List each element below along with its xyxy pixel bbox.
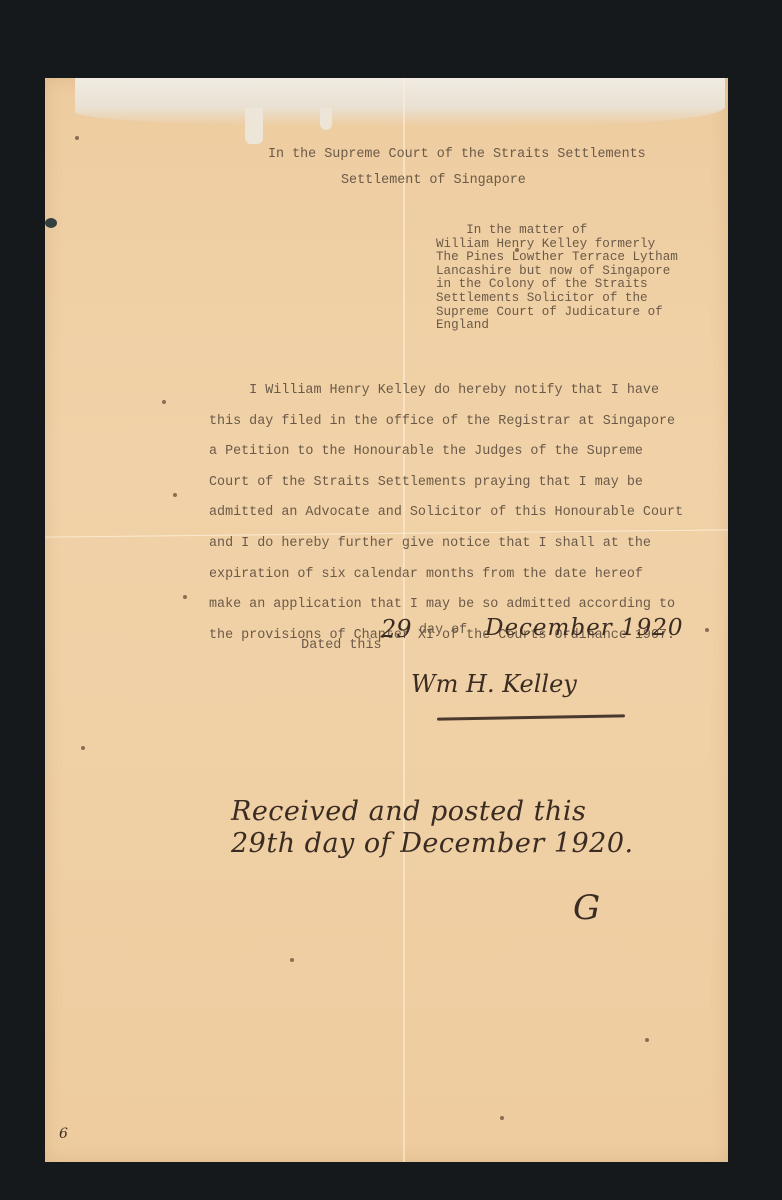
foxing-spot (645, 1038, 649, 1042)
dated-day: 29 (381, 615, 412, 643)
signature: Wm H. Kelley (411, 670, 577, 698)
matter-line: in the Colony of the Straits (436, 278, 678, 292)
settlement-heading: Settlement of Singapore (341, 173, 526, 188)
matter-line: England (436, 319, 678, 333)
document-page: In the Supreme Court of the Straits Sett… (45, 78, 728, 1162)
endorsement-line-1: Received and posted this (231, 796, 586, 827)
notice-body: I William Henry Kelley do hereby notify … (209, 376, 683, 651)
foxing-spot (515, 248, 519, 252)
endorsement-line-2: 29th day of December 1920. (231, 828, 634, 859)
dated-line: Dated this (269, 623, 382, 668)
matter-block: In the matter ofWilliam Henry Kelley for… (436, 224, 678, 333)
matter-line: Lancashire but now of Singapore (436, 265, 678, 279)
body-line: expiration of six calendar months from t… (209, 560, 683, 591)
body-line: this day filed in the office of the Regi… (209, 407, 683, 438)
initials-mark: G (573, 888, 600, 928)
foxing-spot (183, 595, 187, 599)
body-line: Court of the Straits Settlements praying… (209, 468, 683, 499)
pin-icon (45, 218, 57, 228)
body-line: and I do hereby further give notice that… (209, 529, 683, 560)
foxing-spot (81, 746, 85, 750)
matter-line: Settlements Solicitor of the (436, 292, 678, 306)
foxing-spot (290, 958, 294, 962)
water-stain (75, 78, 725, 126)
matter-line: The Pines Lowther Terrace Lytham (436, 251, 678, 265)
matter-line: In the matter of (436, 224, 678, 238)
foxing-spot (173, 493, 177, 497)
dated-middle: day of (419, 623, 467, 638)
signature-underline (437, 714, 625, 720)
dated-month-year: December 1920 (485, 615, 684, 641)
foxing-spot (162, 400, 166, 404)
foxing-spot (75, 136, 79, 140)
body-line: admitted an Advocate and Solicitor of th… (209, 498, 683, 529)
court-heading: In the Supreme Court of the Straits Sett… (268, 147, 646, 162)
corner-mark: 6 (59, 1126, 68, 1142)
dated-prefix: Dated this (301, 638, 381, 653)
matter-line: William Henry Kelley formerly (436, 238, 678, 252)
body-line: a Petition to the Honourable the Judges … (209, 437, 683, 468)
water-stain-drip (320, 108, 332, 130)
matter-line: Supreme Court of Judicature of (436, 306, 678, 320)
foxing-spot (500, 1116, 504, 1120)
water-stain-drip (245, 108, 263, 144)
body-line: I William Henry Kelley do hereby notify … (209, 376, 683, 407)
foxing-spot (705, 628, 709, 632)
